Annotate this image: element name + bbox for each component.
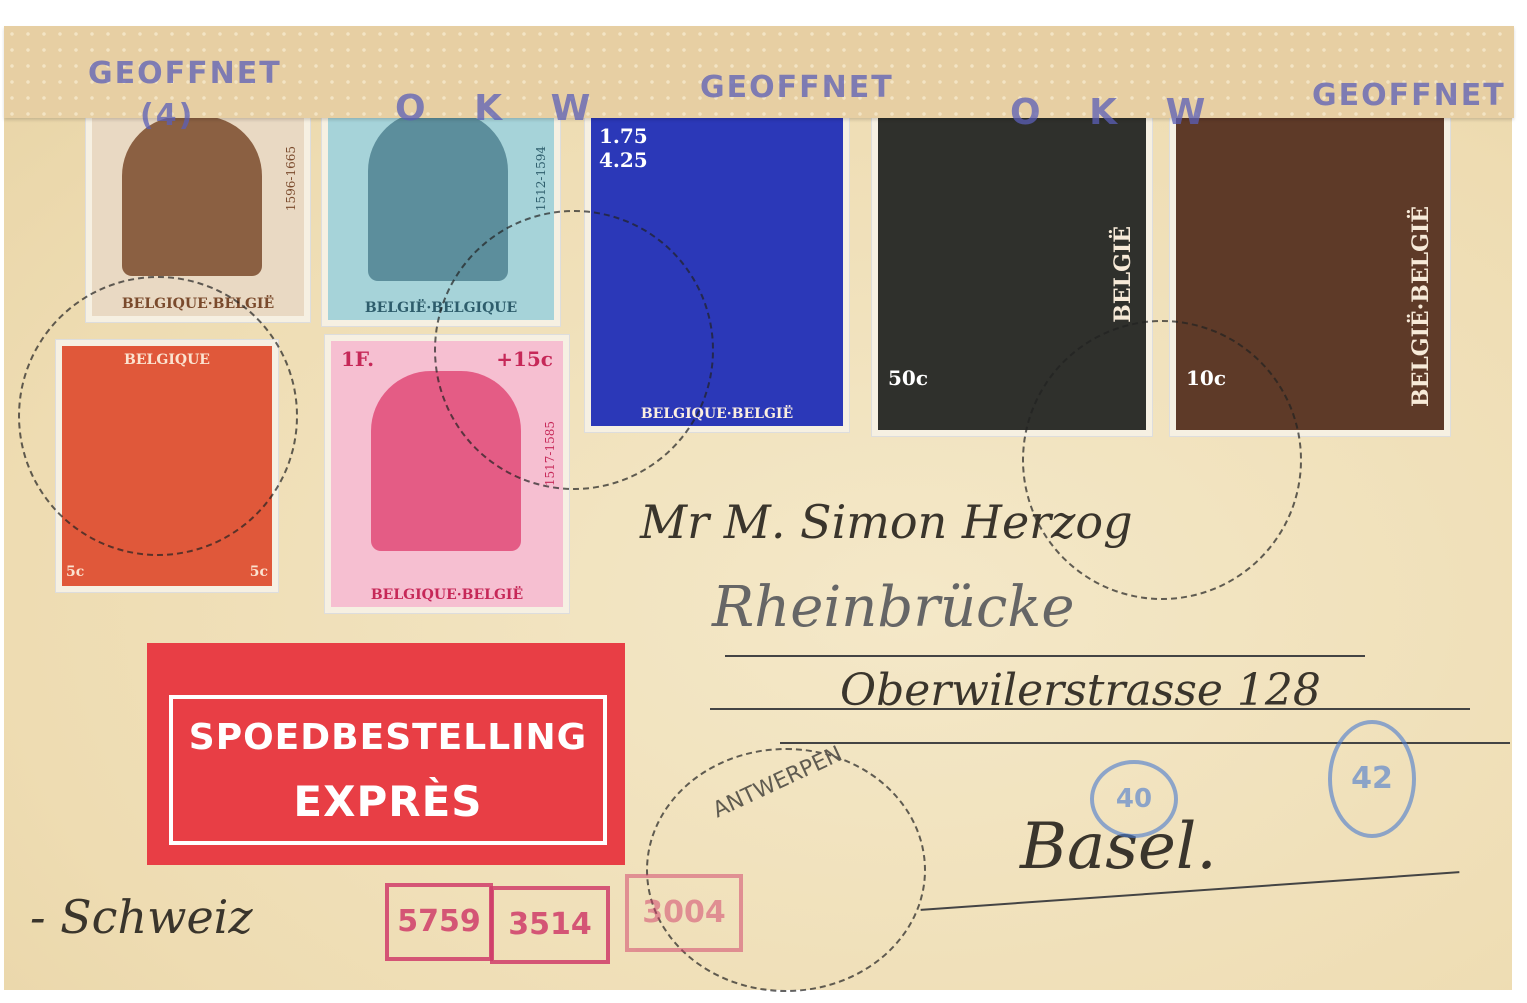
censor-stamp: GEOFFNET xyxy=(88,56,282,91)
blue-mark: 40 xyxy=(1090,760,1178,838)
country-line: - Schweiz xyxy=(30,890,253,944)
postmark xyxy=(18,276,298,556)
strikethrough xyxy=(725,655,1365,657)
postmark xyxy=(434,210,714,490)
registration-box: 3004 xyxy=(625,874,743,952)
censor-stamp: GEOFFNET xyxy=(1312,78,1506,113)
postmark xyxy=(1022,320,1302,600)
express-label: SPOEDBESTELLING EXPRÈS xyxy=(147,643,625,865)
address-line-2: Rheinbrücke xyxy=(712,575,1074,640)
address-line-1: Mr M. Simon Herzog xyxy=(640,495,1133,549)
registration-box: 5759 xyxy=(385,883,493,961)
censor-agency: O K W xyxy=(395,88,608,129)
censor-stamp: GEOFFNET xyxy=(700,70,894,105)
censor-agency: O K W xyxy=(1010,92,1223,133)
blue-mark: 42 xyxy=(1328,720,1416,838)
censor-mark: (4) xyxy=(140,98,194,133)
strikethrough xyxy=(710,708,1470,710)
postmark-antwerp: ANTWERPEN xyxy=(646,748,926,992)
registration-box: 3514 xyxy=(490,886,610,964)
